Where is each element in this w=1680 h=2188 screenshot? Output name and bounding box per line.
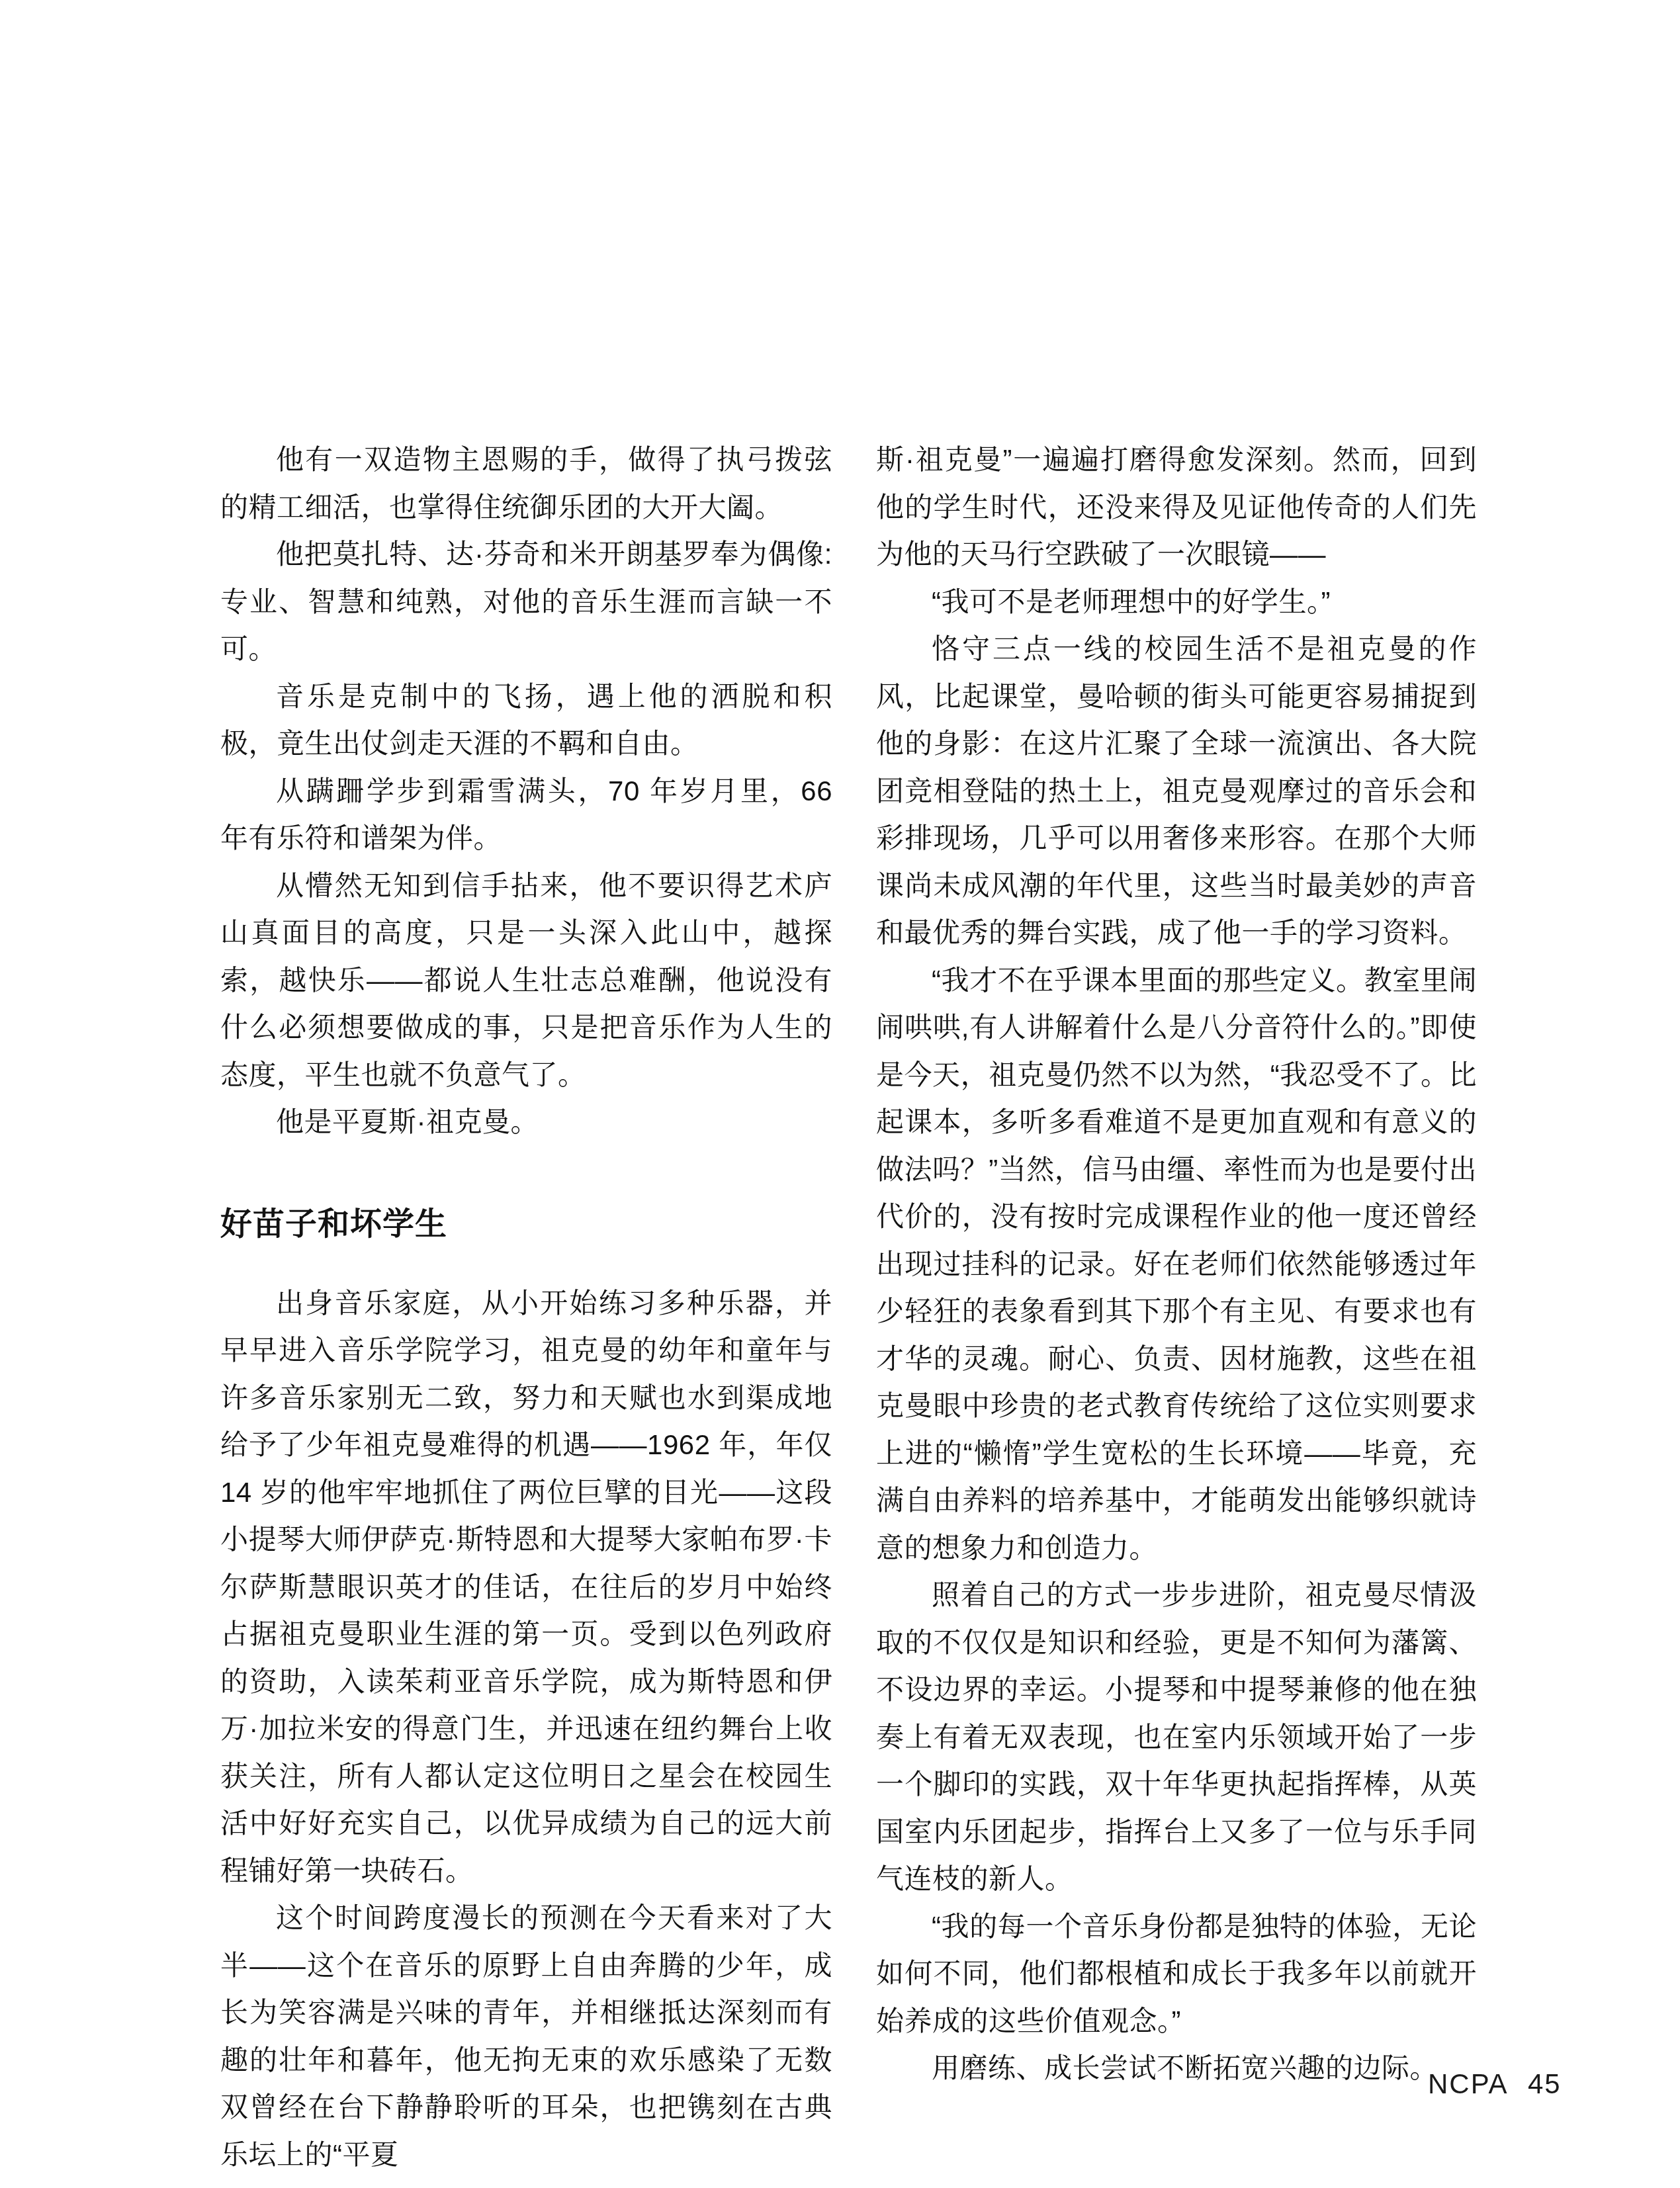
paragraph: 斯·祖克曼”一遍遍打磨得愈发深刻。然而，回到他的学生时代，还没来得及见证他传奇的… bbox=[876, 436, 1477, 578]
left-column: 他有一双造物主恩赐的手，做得了执弓拨弦的精工细活，也掌得住统御乐团的大开大阖。 … bbox=[220, 436, 832, 2178]
paragraph: 从蹒跚学步到霜雪满头，70 年岁月里，66 年有乐符和谱架为伴。 bbox=[220, 767, 832, 862]
right-column: 斯·祖克曼”一遍遍打磨得愈发深刻。然而，回到他的学生时代，还没来得及见证他传奇的… bbox=[876, 436, 1477, 2092]
paragraph: 用磨练、成长尝试不断拓宽兴趣的边际。 bbox=[876, 2044, 1477, 2092]
paragraph: 这个时间跨度漫长的预测在今天看来对了大半——这个在音乐的原野上自由奔腾的少年，成… bbox=[220, 1894, 832, 2178]
paragraph: 从懵然无知到信手拈来，他不要识得艺术庐山真面目的高度，只是一头深入此山中，越探索… bbox=[220, 862, 832, 1099]
paragraph: 出身音乐家庭，从小开始练习多种乐器，并早早进入音乐学院学习，祖克曼的幼年和童年与… bbox=[220, 1280, 832, 1895]
page-number: NCPA 45 bbox=[1428, 2068, 1562, 2100]
section-heading: 好苗子和坏学生 bbox=[220, 1204, 832, 1245]
paragraph: 他是平夏斯·祖克曼。 bbox=[220, 1098, 832, 1146]
paragraph: 他有一双造物主恩赐的手，做得了执弓拨弦的精工细活，也掌得住统御乐团的大开大阖。 bbox=[220, 436, 832, 531]
paragraph: 音乐是克制中的飞扬，遇上他的洒脱和积极，竟生出仗剑走天涯的不羁和自由。 bbox=[220, 673, 832, 767]
magazine-page: 他有一双造物主恩赐的手，做得了执弓拨弦的精工细活，也掌得住统御乐团的大开大阖。 … bbox=[0, 0, 1680, 2188]
paragraph: “我才不在乎课本里面的那些定义。教室里闹闹哄哄,有人讲解着什么是八分音符什么的。… bbox=[876, 957, 1477, 1572]
paragraph: 他把莫扎特、达·芬奇和米开朗基罗奉为偶像:专业、智慧和纯熟，对他的音乐生涯而言缺… bbox=[220, 531, 832, 673]
paragraph: 照着自己的方式一步步进阶，祖克曼尽情汲取的不仅仅是知识和经验，更是不知何为藩篱、… bbox=[876, 1571, 1477, 1903]
paragraph: “我的每一个音乐身份都是独特的体验，无论如何不同，他们都根植和成长于我多年以前就… bbox=[876, 1903, 1477, 2045]
paragraph: 恪守三点一线的校园生活不是祖克曼的作风，比起课堂，曼哈顿的街头可能更容易捕捉到他… bbox=[876, 625, 1477, 957]
paragraph: “我可不是老师理想中的好学生。” bbox=[876, 578, 1477, 626]
